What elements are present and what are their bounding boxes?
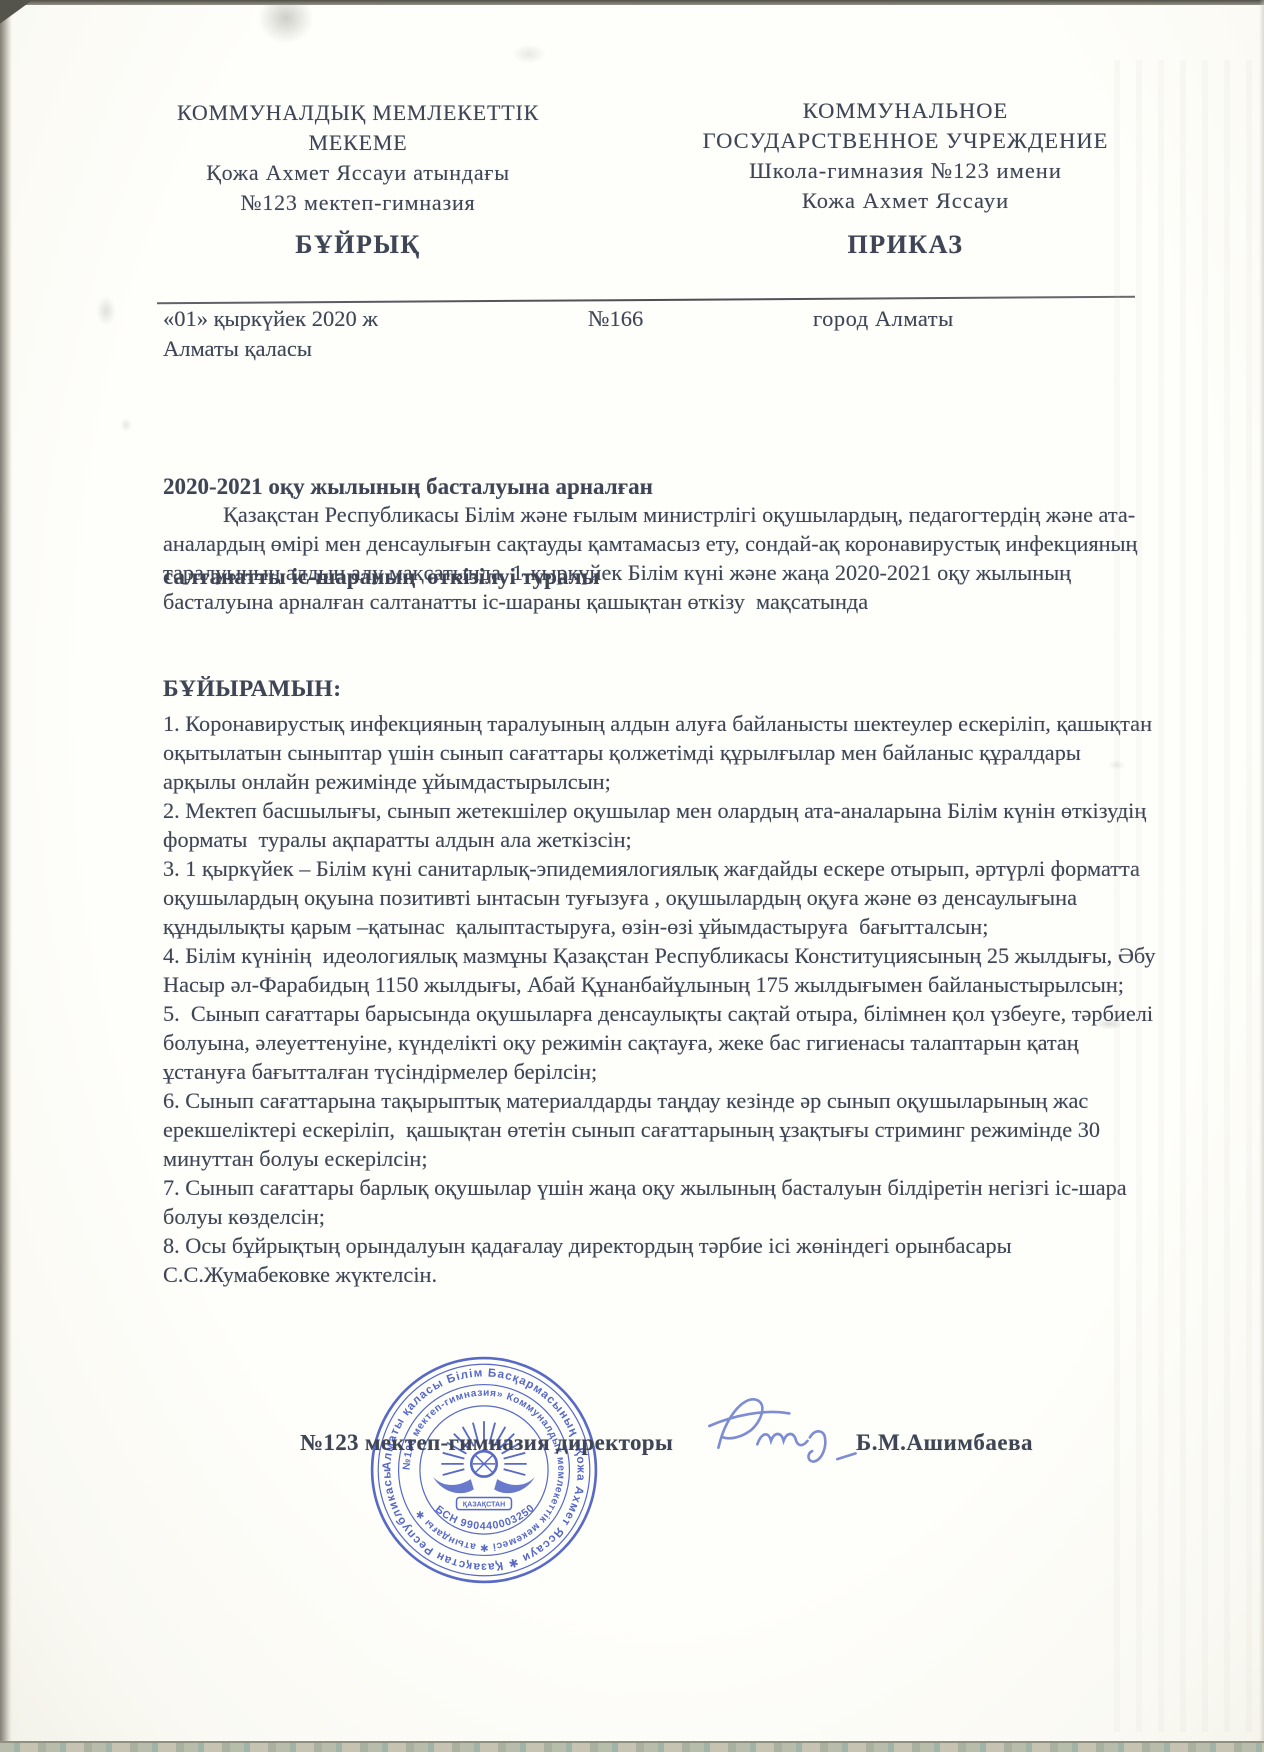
order-item: 8. Осы бұйрықтың орындалуын қадағалау ди… [163,1231,1157,1289]
scan-smudge [120,418,132,432]
scanned-order-page: КОММУНАЛДЫҚ МЕМЛЕКЕТТІК МЕКЕМЕ Қожа Ахме… [0,0,1264,1752]
order-items: 1. Коронавирустық инфекцияның таралуының… [163,709,1157,1289]
org-line: Қожа Ахмет Яссауи атындағы [143,158,573,188]
director-signature [702,1386,872,1482]
doc-type-kazakh: БҰЙРЫҚ [143,230,573,260]
stamp-center-label: ҚАЗАҚСТАН [463,1501,506,1509]
scan-smudge [1094,1018,1124,1030]
org-line: КОММУНАЛДЫҚ МЕМЛЕКЕТТІК [143,98,573,128]
horizontal-rule [157,296,1135,305]
doc-type-russian: ПРИКАЗ [653,230,1158,260]
order-item: 2. Мектеп басшылығы, сынып жетекшілер оқ… [163,796,1157,854]
org-line: ГОСУДАРСТВЕННОЕ УЧРЕЖДЕНИЕ [653,126,1158,156]
scan-edge-top [16,0,1264,5]
order-item: 4. Білім күнінің идеологиялық мазмұны Қа… [163,941,1157,999]
order-date: «01» қыркүйек 2020 ж [163,306,378,332]
scan-streaks [1114,60,1264,1732]
org-line: Кожа Ахмет Яссауи [653,186,1158,216]
order-item: 7. Сынып сағаттары барлық оқушылар үшін … [163,1173,1157,1231]
scan-edge-bottom [0,1741,1264,1752]
scan-smudge [96,296,116,326]
order-item: 6. Сынып сағаттарына тақырыптық материал… [163,1086,1157,1173]
org-line: Школа-гимназия №123 имени [653,156,1158,186]
signature-name: Б.М.Ашимбаева [856,1430,1033,1456]
order-preamble: Қазақстан Республикасы Білім және ғылым … [163,500,1155,616]
order-item: 3. 1 қыркүйек – Білім күні санитарлық-эп… [163,854,1157,941]
order-city-kazakh: Алматы қаласы [163,336,312,362]
scan-edge-left [0,0,12,1752]
org-line: №123 мектеп-гимназия [143,188,573,218]
scan-edge-right [1259,0,1264,1752]
order-item: 5. Сынып сағаттары барысында оқушыларға … [163,999,1157,1086]
org-line: КОММУНАЛЬНОЕ [653,96,1158,126]
org-line: МЕКЕМЕ [143,128,573,158]
scan-smudge [258,0,314,44]
letterhead-kazakh: КОММУНАЛДЫҚ МЕМЛЕКЕТТІК МЕКЕМЕ Қожа Ахме… [143,98,573,218]
order-heading: БҰЙЫРАМЫН: [163,676,342,703]
wing-left [433,1477,474,1493]
order-number: №166 [588,306,643,332]
order-item: 1. Коронавирустық инфекцияның таралуының… [163,709,1157,796]
official-stamp: Алматы қаласы Білім Басқармасының «Қожа … [366,1352,602,1588]
wing-right [494,1477,535,1493]
subject-line: 2020-2021 оқу жылының басталуына арналға… [163,472,653,502]
signature-title: №123 мектеп-гимназия директоры [300,1430,673,1456]
scan-smudge [1108,760,1126,770]
scan-smudge [512,44,546,64]
order-city-russian: город Алматы [813,306,954,332]
letterhead-russian: КОММУНАЛЬНОЕ ГОСУДАРСТВЕННОЕ УЧРЕЖДЕНИЕ … [653,96,1158,216]
